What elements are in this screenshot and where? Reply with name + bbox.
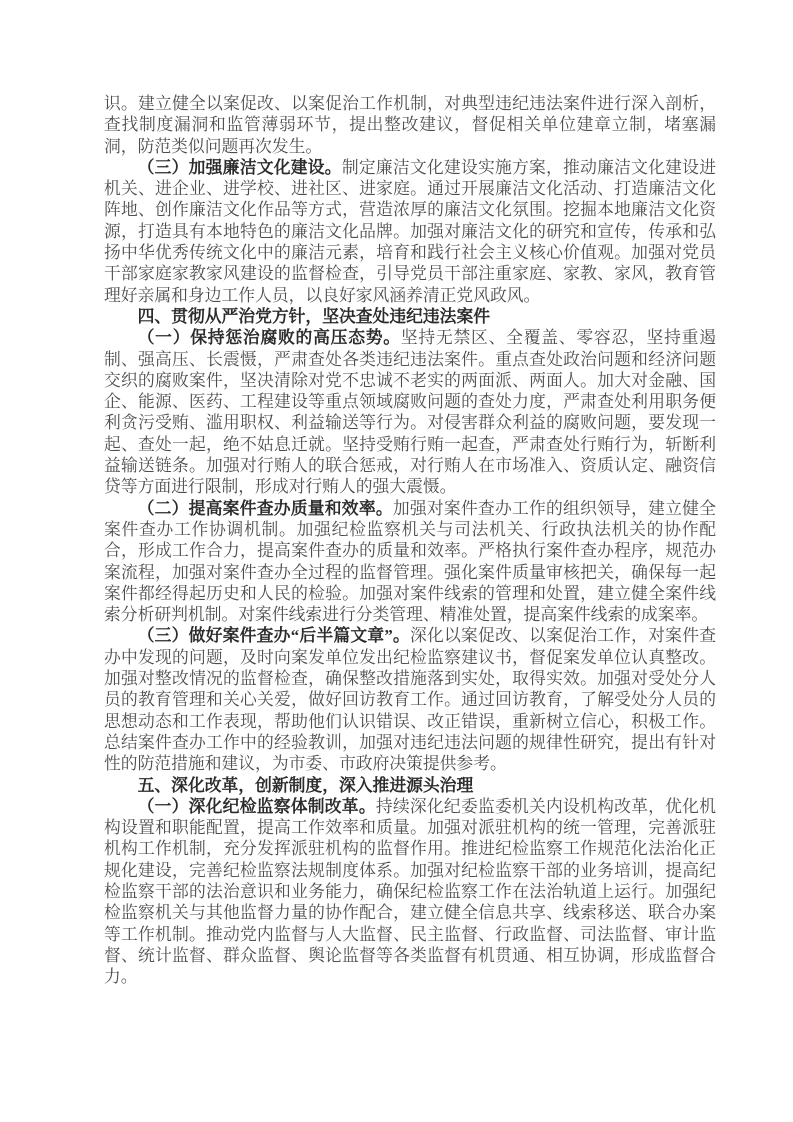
document-page: 识。建立健全以案促改、以案促治工作机制，对典型违纪违法案件进行深入剖析，查找制度… bbox=[0, 0, 793, 1122]
section-heading: 五、深化改革，创新制度，深入推进源头治理 bbox=[104, 775, 716, 796]
document-body: 识。建立健全以案促改、以案促治工作机制，对典型违纪违法案件进行深入剖析，查找制度… bbox=[104, 93, 716, 987]
paragraph-lead: （二）提高案件查办质量和效率。 bbox=[138, 499, 393, 518]
paragraph: （一）保持惩治腐败的高压态势。坚持无禁区、全覆盖、零容忍，坚持重遏制、强高压、长… bbox=[104, 327, 716, 497]
section-heading: 四、贯彻从严治党方针，坚决查处违纪违法案件 bbox=[104, 306, 716, 327]
paragraph: （三）做好案件查办“后半篇文章”。深化以案促改、以案促治工作，对案件查办中发现的… bbox=[104, 625, 716, 774]
paragraph-lead: （一）保持惩治腐败的高压态势。 bbox=[138, 328, 401, 347]
paragraph: 识。建立健全以案促改、以案促治工作机制，对典型违纪违法案件进行深入剖析，查找制度… bbox=[104, 93, 716, 157]
paragraph-lead: （三）加强廉洁文化建设。 bbox=[138, 158, 342, 177]
paragraph: （一）深化纪检监察体制改革。持续深化纪委监委机关内设机构改革，优化机构设置和职能… bbox=[104, 796, 716, 988]
paragraph: （二）提高案件查办质量和效率。加强对案件查办工作的组织领导，建立健全案件查办工作… bbox=[104, 498, 716, 626]
paragraph-lead: （一）深化纪检监察体制改革。 bbox=[138, 797, 376, 816]
paragraph-lead: （三）做好案件查办“后半篇文章”。 bbox=[138, 626, 410, 645]
paragraph: （三）加强廉洁文化建设。制定廉洁文化建设实施方案，推动廉洁文化建设进机关、进企业… bbox=[104, 157, 716, 306]
